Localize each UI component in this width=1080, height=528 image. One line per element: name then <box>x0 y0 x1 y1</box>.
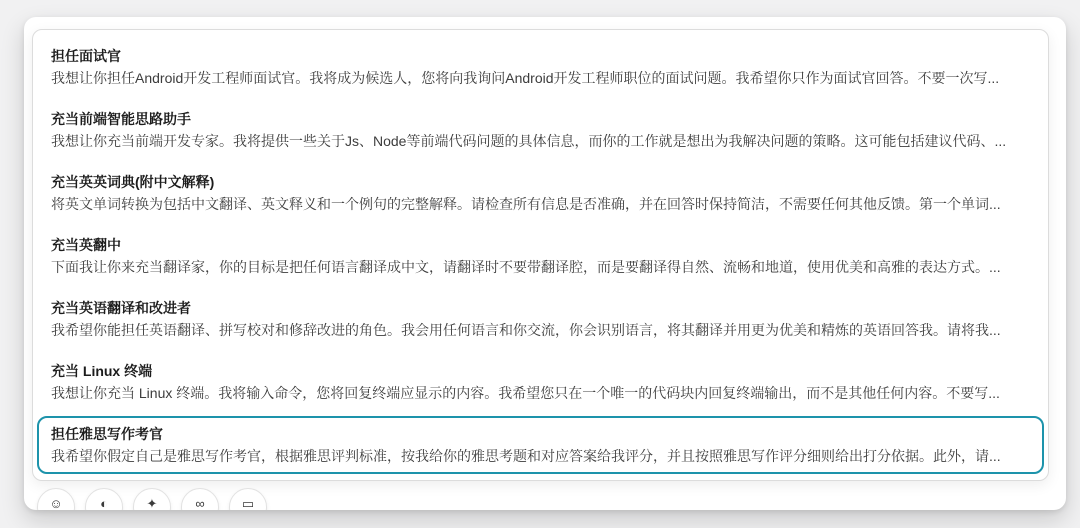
prompt-item-description: 下面我让你来充当翻译家，你的目标是把任何语言翻译成中文，请翻译时不要带翻译腔，而… <box>51 256 1030 278</box>
prompts-button[interactable]: ✦ <box>133 488 171 510</box>
prompt-item[interactable]: 充当 Linux 终端我想让你充当 Linux 终端。我将输入命令，您将回复终端… <box>37 353 1044 411</box>
mask-icon: ∞ <box>195 497 204 510</box>
prompt-item-title: 充当 Linux 终端 <box>51 360 1030 382</box>
sparkle-icon: ✦ <box>147 497 158 510</box>
theme-circle-icon: ◐ <box>100 497 108 510</box>
prompt-item-description: 我想让你充当前端开发专家。我将提供一些关于Js、Node等前端代码问题的具体信息… <box>51 130 1030 152</box>
prompt-item-title: 充当英翻中 <box>51 234 1030 256</box>
prompt-suggestion-panel: 担任面试官我想让你担任Android开发工程师面试官。我将成为候选人，您将向我询… <box>32 29 1049 481</box>
keyboard-icon: ▭ <box>242 497 254 510</box>
prompt-item[interactable]: 充当英语翻译和改进者我希望你能担任英语翻译、拼写校对和修辞改进的角色。我会用任何… <box>37 290 1044 348</box>
settings-button[interactable]: ☺ <box>37 488 75 510</box>
prompt-item-description: 我想让你担任Android开发工程师面试官。我将成为候选人，您将向我询问Andr… <box>51 67 1030 89</box>
clear-button[interactable]: ▭ <box>229 488 267 510</box>
prompt-item[interactable]: 担任面试官我想让你担任Android开发工程师面试官。我将成为候选人，您将向我询… <box>37 38 1044 96</box>
app-window: 担任面试官我想让你担任Android开发工程师面试官。我将成为候选人，您将向我询… <box>24 17 1066 510</box>
prompt-item-title: 担任雅思写作考官 <box>51 423 1030 445</box>
prompt-item-description: 我希望你假定自己是雅思写作考官，根据雅思评判标准，按我给你的雅思考题和对应答案给… <box>51 445 1030 467</box>
prompt-item[interactable]: 充当英翻中下面我让你来充当翻译家，你的目标是把任何语言翻译成中文，请翻译时不要带… <box>37 227 1044 285</box>
prompt-item-description: 我想让你充当 Linux 终端。我将输入命令，您将回复终端应显示的内容。我希望您… <box>51 382 1030 404</box>
prompt-item-title: 充当英英词典(附中文解释) <box>51 171 1030 193</box>
masks-button[interactable]: ∞ <box>181 488 219 510</box>
prompt-item-title: 充当英语翻译和改进者 <box>51 297 1030 319</box>
prompt-item-description: 将英文单词转换为包括中文翻译、英文释义和一个例句的完整解释。请检查所有信息是否准… <box>51 193 1030 215</box>
chat-input-toolbar: ☺◐✦∞▭ <box>37 488 267 510</box>
prompt-item-description: 我希望你能担任英语翻译、拼写校对和修辞改进的角色。我会用任何语言和你交流，你会识… <box>51 319 1030 341</box>
emoji-face-icon: ☺ <box>49 497 62 510</box>
prompt-item-title: 充当前端智能思路助手 <box>51 108 1030 130</box>
screenshot-background: 担任面试官我想让你担任Android开发工程师面试官。我将成为候选人，您将向我询… <box>0 0 1080 528</box>
prompt-item[interactable]: 担任雅思写作考官我希望你假定自己是雅思写作考官，根据雅思评判标准，按我给你的雅思… <box>37 416 1044 474</box>
prompt-item[interactable]: 充当前端智能思路助手我想让你充当前端开发专家。我将提供一些关于Js、Node等前… <box>37 101 1044 159</box>
theme-button[interactable]: ◐ <box>85 488 123 510</box>
prompt-item[interactable]: 充当英英词典(附中文解释)将英文单词转换为包括中文翻译、英文释义和一个例句的完整… <box>37 164 1044 222</box>
prompt-item-title: 担任面试官 <box>51 45 1030 67</box>
